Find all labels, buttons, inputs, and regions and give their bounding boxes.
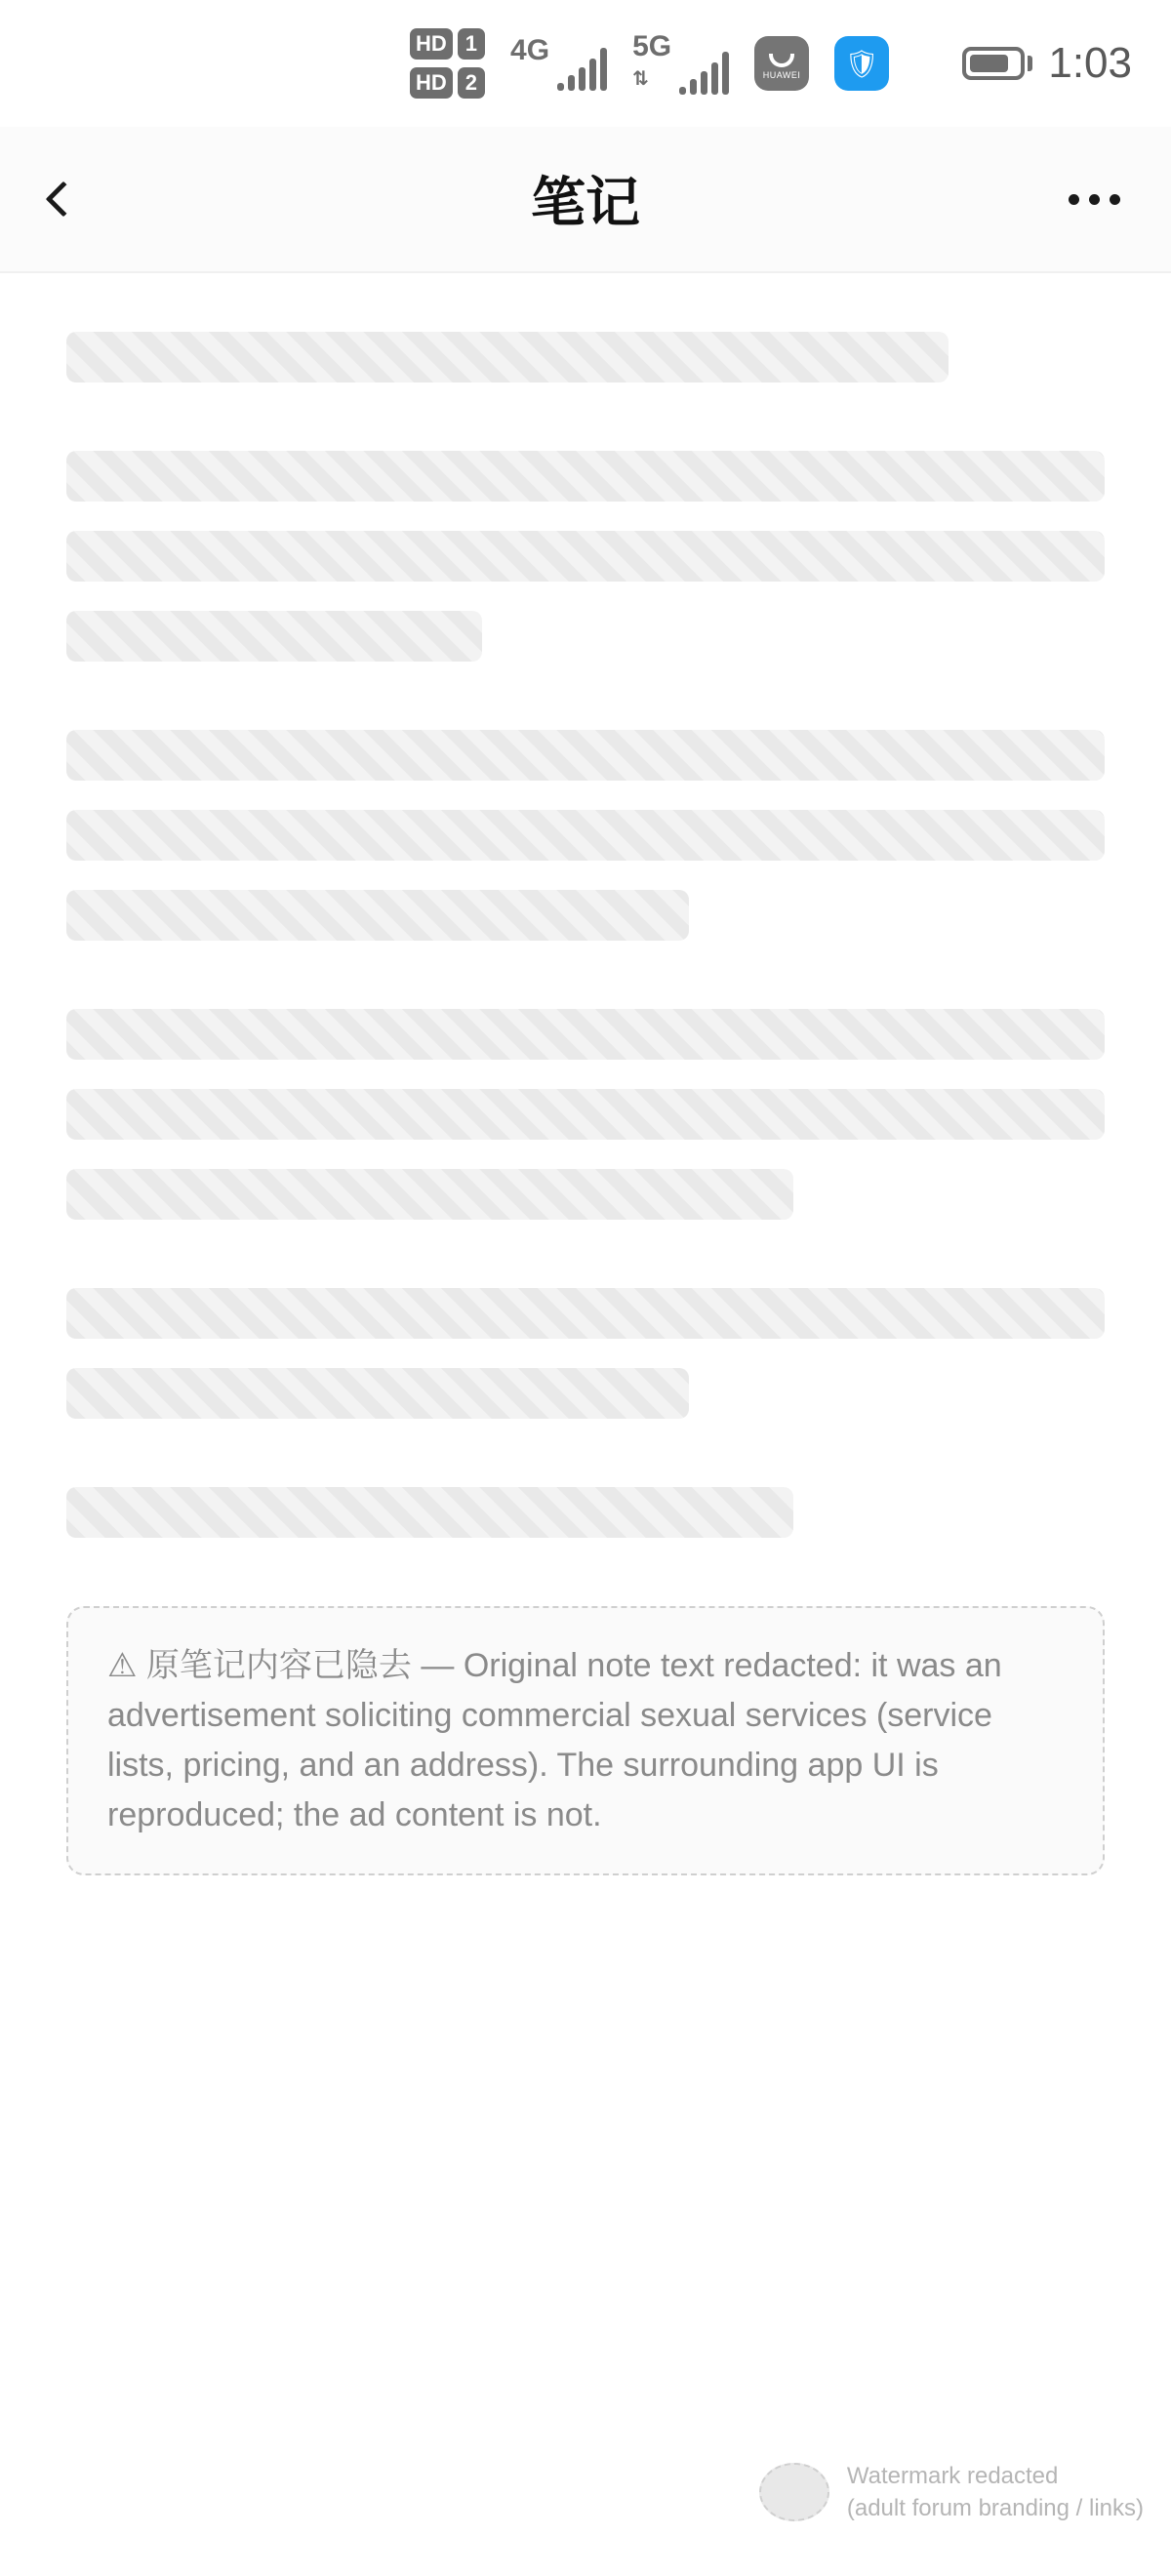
- signal-bars-icon: [557, 48, 607, 91]
- watermark-redacted: Watermark redacted (adult forum branding…: [759, 2460, 1144, 2525]
- updown-arrows-icon: ⇅: [632, 68, 647, 90]
- security-shield-icon: 🛡: [834, 36, 889, 91]
- page-title: 笔记: [531, 160, 640, 238]
- dot-icon: [1110, 194, 1120, 205]
- hd-icon: HD: [410, 28, 453, 60]
- chevron-left-icon: [46, 181, 82, 218]
- status-right-cluster: 1:03: [962, 0, 1132, 127]
- signal-bars-icon: [679, 52, 729, 95]
- hd2-badge: HD 2: [410, 67, 485, 99]
- huawei-notification-icon: HUAWEI: [754, 36, 809, 91]
- back-button[interactable]: [51, 186, 129, 212]
- sim2-badge: 2: [458, 67, 485, 99]
- redacted-paragraph: [66, 1288, 1105, 1419]
- status-icons-cluster: HD 1 HD 2 4G 5G ⇅ HUAWEI: [410, 0, 889, 127]
- watermark-logo-placeholder: [759, 2463, 829, 2521]
- redaction-notice: ⚠ 原笔记内容已隐去 — Original note text redacted…: [66, 1606, 1105, 1875]
- redacted-paragraph: [66, 332, 1105, 382]
- redacted-paragraph: [66, 451, 1105, 662]
- status-bar: HD 1 HD 2 4G 5G ⇅ HUAWEI: [0, 0, 1171, 127]
- network-type-label: 4G: [510, 36, 549, 65]
- hd1-badge: HD 1: [410, 28, 485, 60]
- nav-bar: 笔记: [0, 127, 1171, 273]
- sim1-badge: 1: [458, 28, 485, 60]
- dot-icon: [1069, 194, 1079, 205]
- watermark-label: Watermark redacted (adult forum branding…: [847, 2460, 1144, 2525]
- note-content: ⚠ 原笔记内容已隐去 — Original note text redacted…: [0, 273, 1171, 1875]
- dot-icon: [1089, 194, 1100, 205]
- clock: 1:03: [1048, 39, 1132, 88]
- redacted-paragraph: [66, 730, 1105, 941]
- hd-badges: HD 1 HD 2: [410, 28, 485, 99]
- signal-5g: 5G ⇅: [632, 32, 729, 95]
- redacted-paragraph: [66, 1487, 1105, 1538]
- signal-4g: 4G: [510, 36, 607, 91]
- hd-icon: HD: [410, 67, 453, 99]
- more-options-button[interactable]: [1042, 194, 1120, 205]
- battery-icon: [962, 47, 1032, 80]
- redacted-paragraph: [66, 1009, 1105, 1220]
- network-type-label: 5G ⇅: [632, 32, 671, 91]
